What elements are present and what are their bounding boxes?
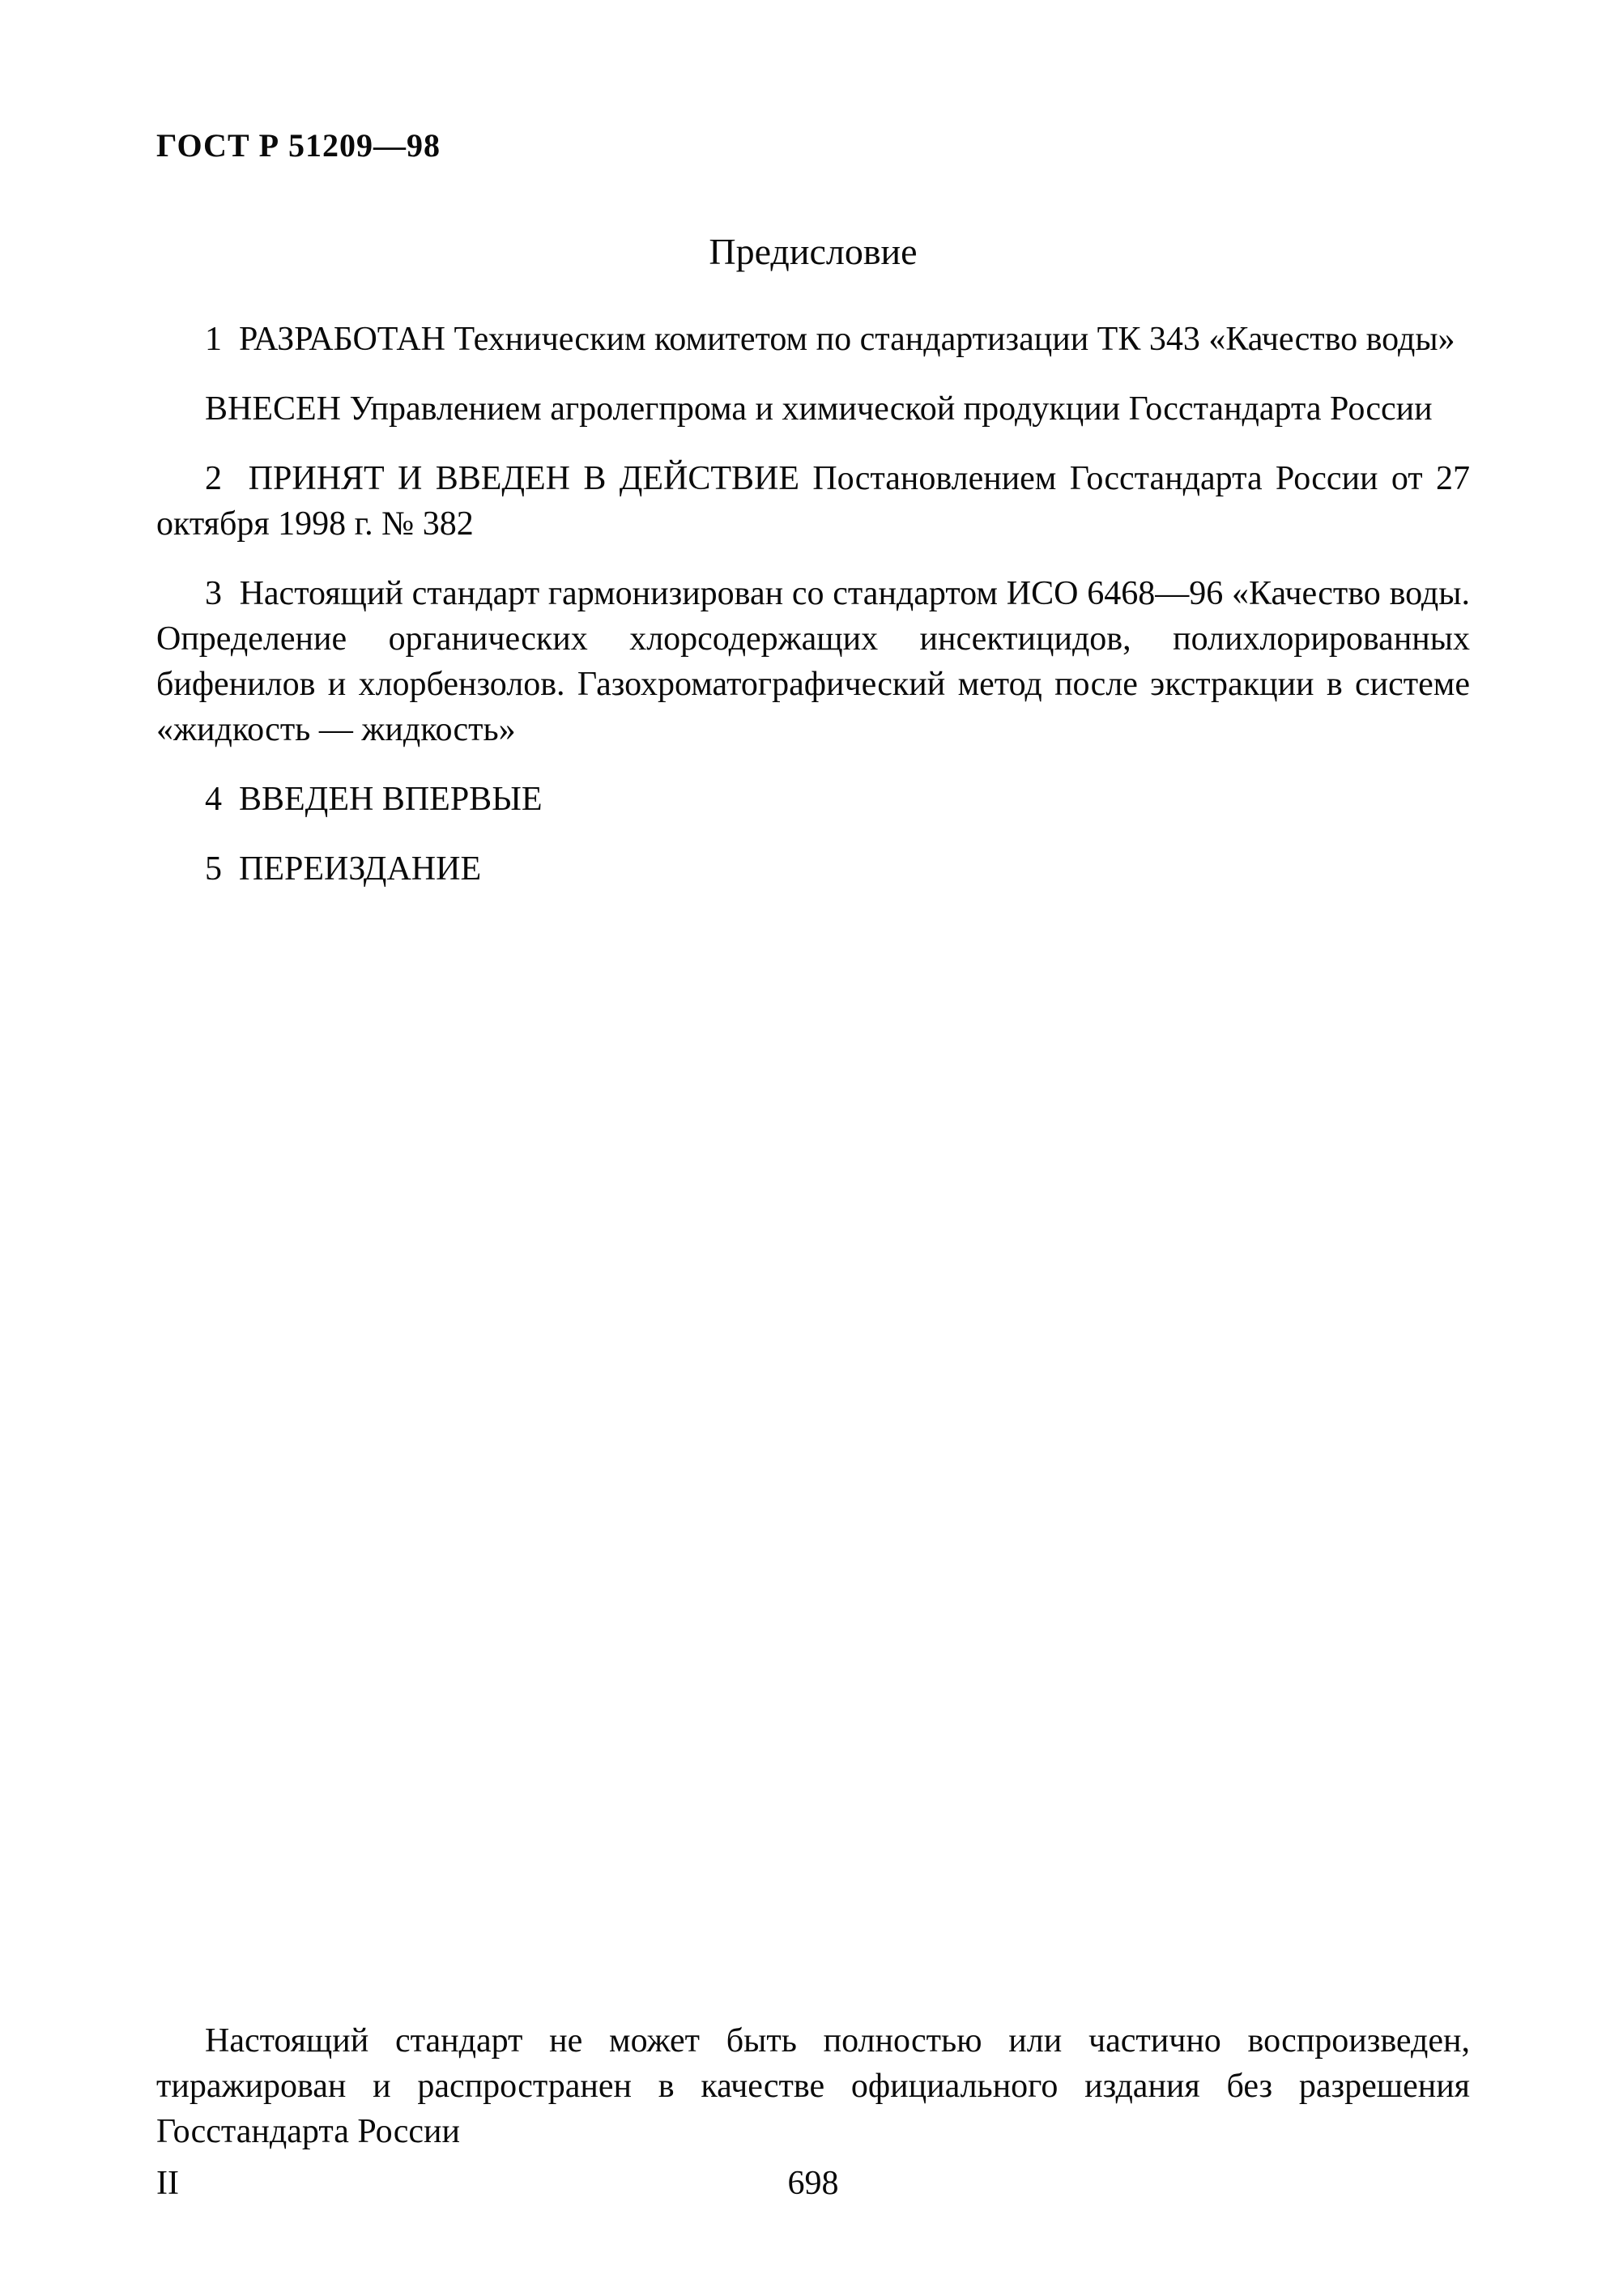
foreword-item-submitted: ВНЕСЕН Управлением агролегпрома и химиче… xyxy=(156,386,1470,432)
page-footer: II 698 xyxy=(156,2161,1470,2206)
foreword-item-first-edition: 4 ВВЕДЕН ВПЕРВЫЕ xyxy=(156,777,1470,822)
foreword-item-adopted: 2 ПРИНЯТ И ВВЕДЕН В ДЕЙСТВИЕ Постановлен… xyxy=(156,456,1470,547)
document-code-header: ГОСТ Р 51209—98 xyxy=(156,126,1470,166)
copyright-note: Настоящий стандарт не может быть полност… xyxy=(156,2018,1470,2154)
page-content: ГОСТ Р 51209—98 Предисловие 1 РАЗРАБОТАН… xyxy=(156,126,1470,916)
page-number-center: 698 xyxy=(156,2161,1470,2206)
foreword-item-developed: 1 РАЗРАБОТАН Техническим комитетом по ст… xyxy=(156,317,1470,362)
foreword-item-reissue: 5 ПЕРЕИЗДАНИЕ xyxy=(156,846,1470,892)
document-page: ГОСТ Р 51209—98 Предисловие 1 РАЗРАБОТАН… xyxy=(0,0,1606,2296)
foreword-item-harmonized: 3 Настоящий стандарт гармонизирован со с… xyxy=(156,571,1470,752)
page-title: Предисловие xyxy=(156,229,1470,275)
